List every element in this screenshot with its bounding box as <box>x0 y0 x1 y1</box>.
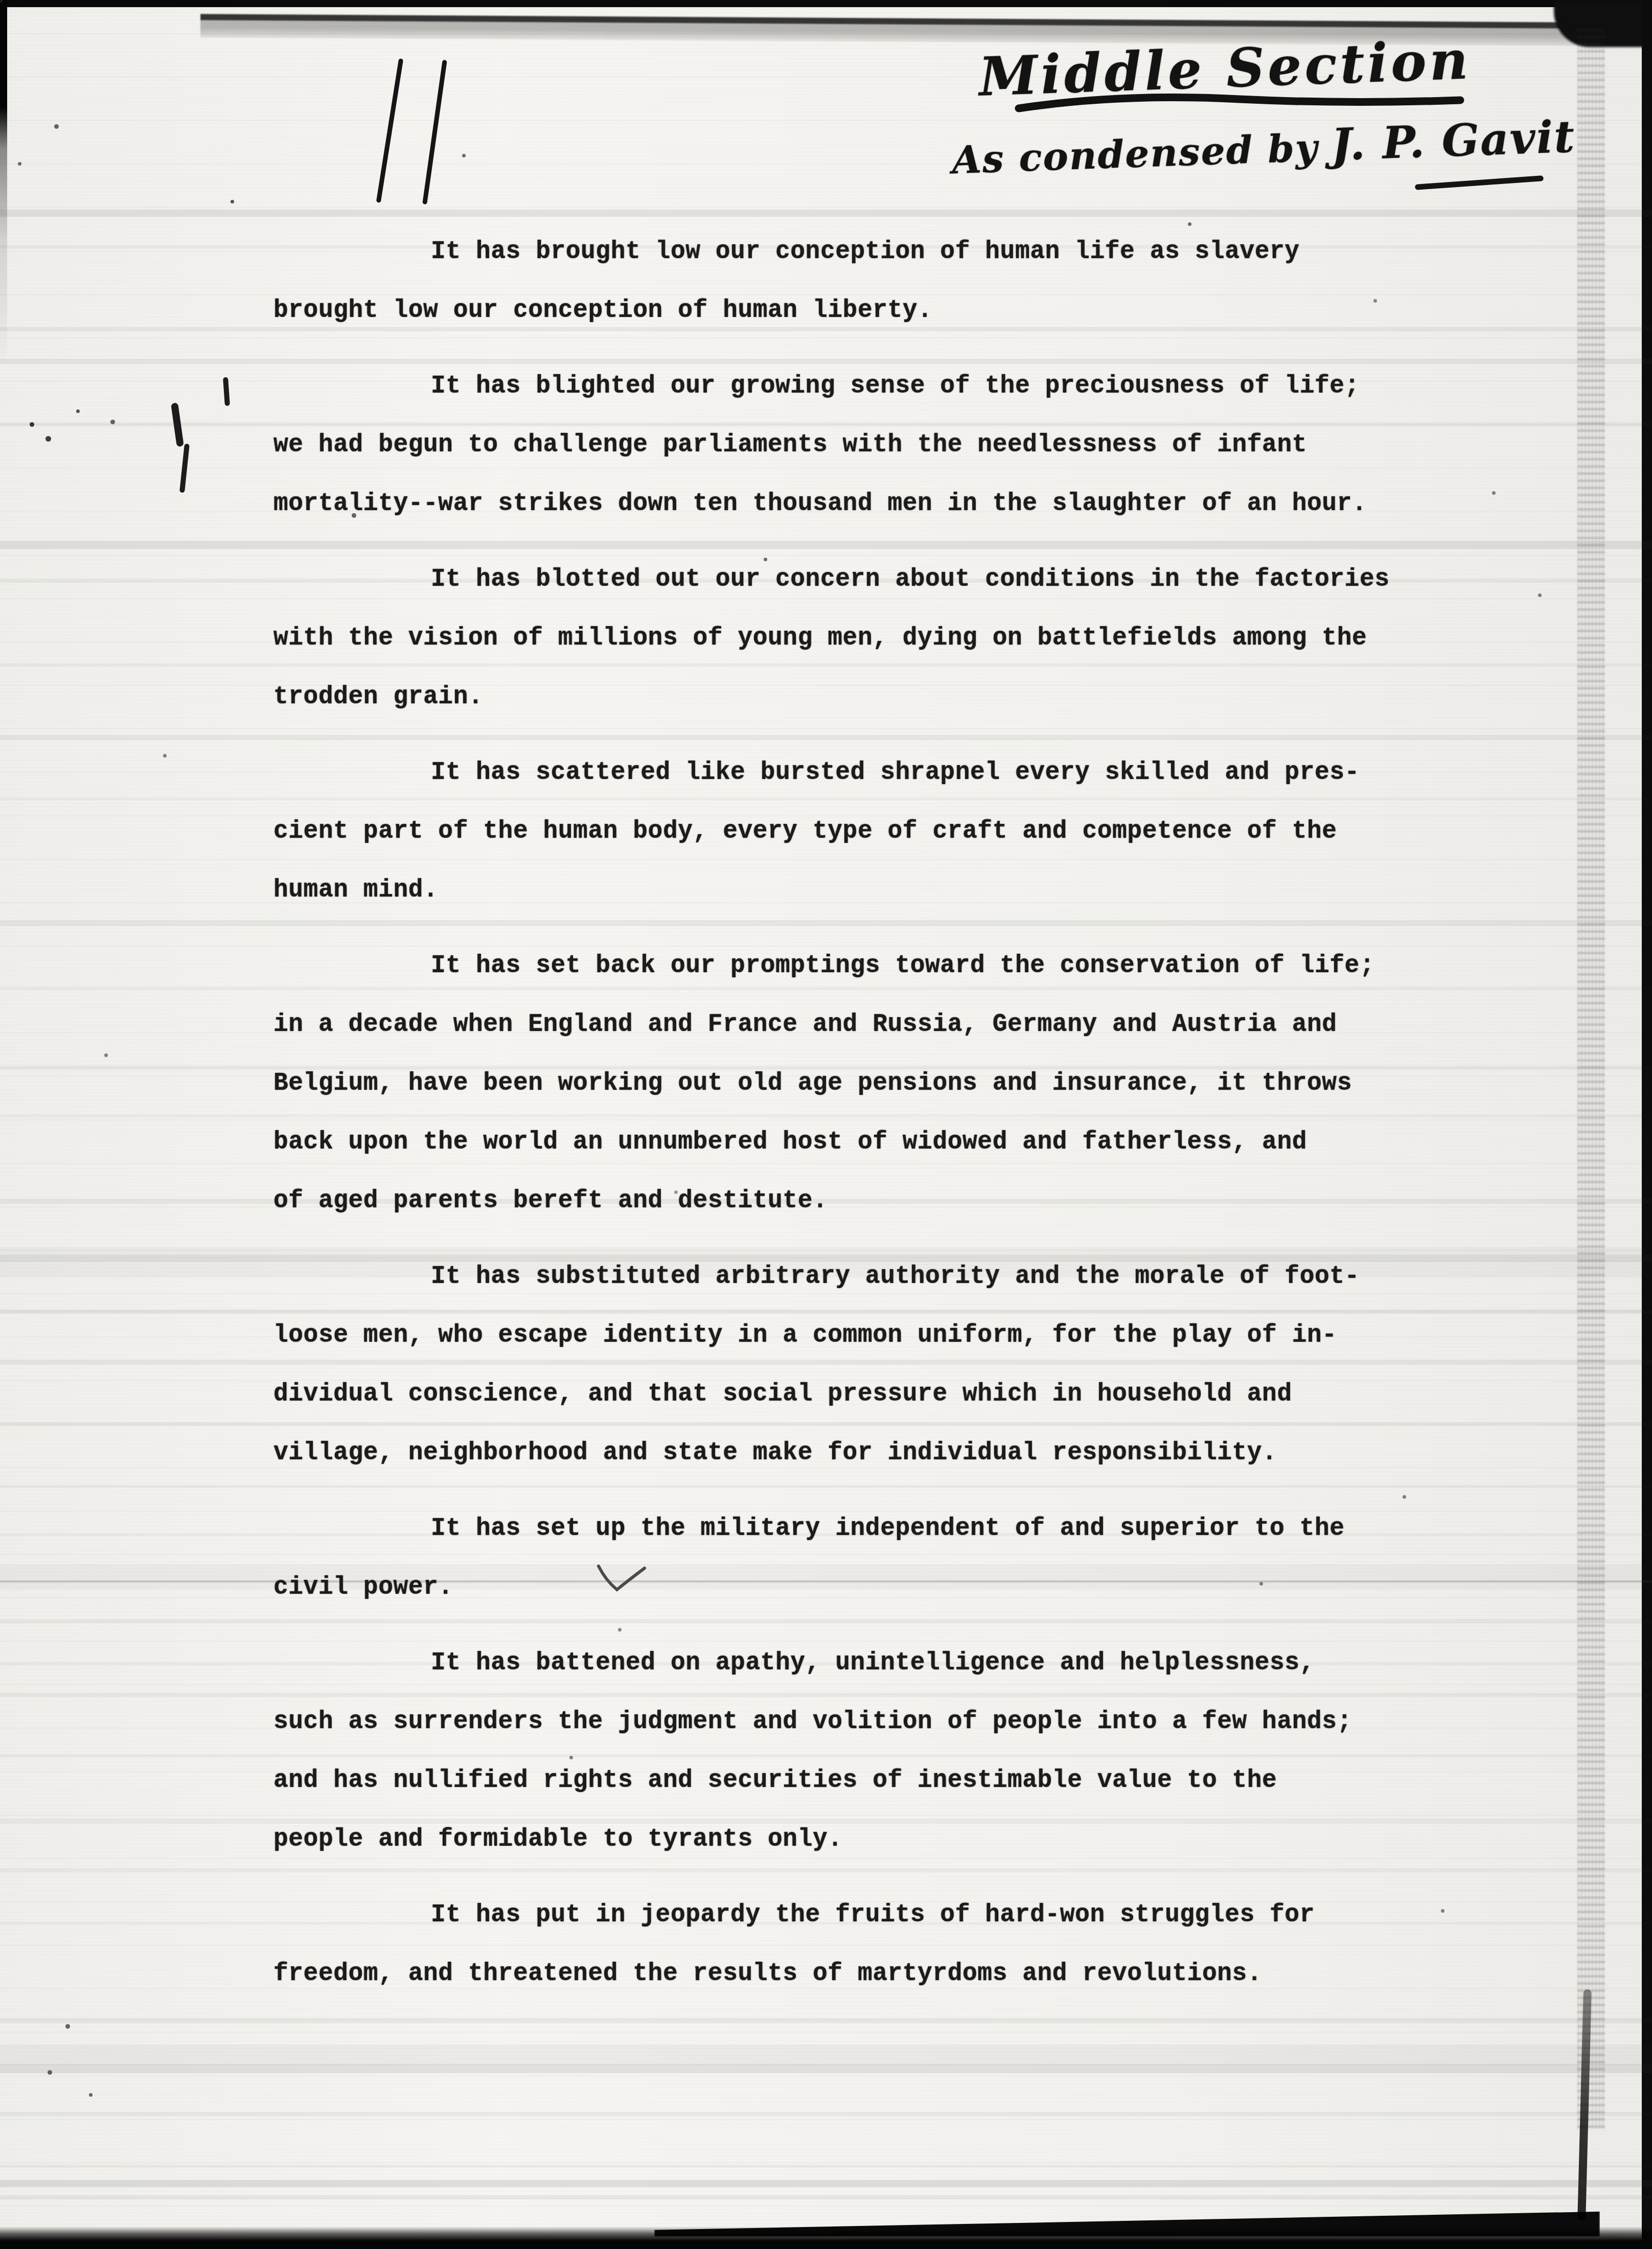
typed-line: mortality--war strikes down ten thousand… <box>273 489 1367 519</box>
typed-line: It has brought low our conception of hum… <box>273 237 1300 267</box>
scan-streak <box>0 541 1652 549</box>
scan-streak <box>0 2018 1652 2023</box>
scan-streak <box>0 1114 1652 1117</box>
handwritten-signature: J. P. Gavit <box>1317 111 1576 172</box>
typed-line: trodden grain. <box>273 682 483 712</box>
ink-blot <box>223 377 230 406</box>
scan-streak <box>0 920 1652 926</box>
typed-line: human mind. <box>273 876 438 905</box>
scan-streak <box>0 1564 1652 1590</box>
typed-line: in a decade when England and France and … <box>273 1010 1337 1040</box>
scan-streak <box>0 1360 1652 1365</box>
scan-streak <box>0 2045 1652 2065</box>
typed-line: It has set back our promptings toward th… <box>273 951 1374 981</box>
typed-line: It has put in jeopardy the fruits of har… <box>273 1900 1315 1930</box>
scan-streak <box>0 1422 1652 1426</box>
typed-line: back upon the world an unnumbered host o… <box>273 1128 1307 1157</box>
scan-streak <box>0 2165 1652 2168</box>
scan-streak <box>0 2064 1652 2073</box>
scan-streak <box>0 2195 1652 2199</box>
signature-underline <box>1415 175 1544 190</box>
typed-line: village, neighborhood and state make for… <box>273 1438 1277 1468</box>
scan-streak <box>0 1580 1652 1582</box>
scan-edge-right <box>1642 0 1652 2249</box>
scan-streak <box>0 1693 1652 1697</box>
scan-streak <box>0 210 1652 217</box>
scan-streak <box>0 2180 1652 2187</box>
scan-streak <box>0 1485 1652 1488</box>
ink-blot <box>171 402 184 447</box>
scan-streak <box>0 986 1652 990</box>
scan-streak <box>0 1868 1652 1872</box>
typed-line: It has blotted out our concern about con… <box>273 565 1390 594</box>
typed-line: freedom, and threatened the results of m… <box>273 1959 1262 1989</box>
scan-edge-top <box>0 0 1652 7</box>
typed-line: people and formidable to tyrants only. <box>273 1825 843 1854</box>
handwritten-underline <box>1015 91 1464 117</box>
dust-specks <box>0 0 3 3</box>
scan-streak <box>0 327 1652 331</box>
scan-streak <box>0 359 1652 364</box>
typed-line: dividual conscience, and that social pre… <box>273 1380 1292 1409</box>
ink-blot <box>179 444 190 493</box>
typed-line: brought low our conception of human libe… <box>273 296 932 326</box>
scan-edge-bottom <box>0 2227 1652 2249</box>
scan-edge-left <box>0 0 7 388</box>
typed-line: we had begun to challenge parliaments wi… <box>273 430 1307 460</box>
typed-line: of aged parents bereft and destitute. <box>273 1186 828 1216</box>
scan-streak <box>0 1754 1652 1757</box>
scan-streak <box>0 735 1652 740</box>
byline-text: As condensed by <box>951 126 1319 182</box>
handwritten-byline: As condensed byJ. P. Gavit <box>951 111 1576 185</box>
scan-streak <box>0 1255 1652 1262</box>
pen-slash-mark <box>422 60 447 204</box>
scan-streak <box>0 663 1652 667</box>
typed-line: such as surrenders the judgment and voli… <box>273 1707 1352 1737</box>
typed-line: It has set up the military independent o… <box>273 1514 1345 1544</box>
scan-streak <box>0 797 1652 800</box>
typed-line: and has nullified rights and securities … <box>273 1766 1277 1796</box>
scan-streak <box>0 1619 1652 1623</box>
typed-line: civil power. <box>273 1573 453 1602</box>
scan-streak <box>0 1310 1652 1314</box>
paper-edge-shadow <box>1577 29 1605 2129</box>
typed-line: with the vision of millions of young men… <box>273 624 1367 653</box>
pen-slash-mark <box>376 58 403 203</box>
scan-streak <box>0 2112 1652 2116</box>
scan-streak <box>0 422 1652 426</box>
typed-line: It has battened on apathy, unintelligenc… <box>273 1648 1315 1678</box>
typed-line: It has substituted arbitrary authority a… <box>273 1262 1360 1292</box>
typed-line: loose men, who escape identity in a comm… <box>273 1321 1337 1350</box>
typed-line: It has scattered like bursted shrapnel e… <box>273 758 1360 788</box>
scan-streak <box>0 1819 1652 1824</box>
typed-line: Belgium, have been working out old age p… <box>273 1069 1352 1098</box>
typed-line: It has blighted our growing sense of the… <box>273 372 1360 401</box>
typed-line: cient part of the human body, every type… <box>273 817 1337 846</box>
document-page: Middle Section As condensed byJ. P. Gavi… <box>0 0 1652 2249</box>
pen-checkmark <box>594 1563 651 1599</box>
